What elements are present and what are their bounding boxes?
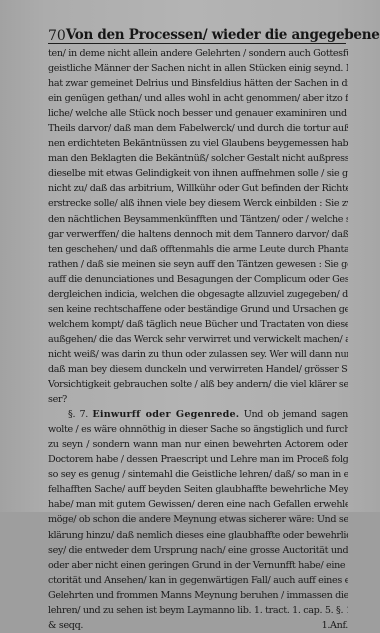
text-line: ten/ in deme nicht allein andere Gelehrt…	[48, 46, 348, 61]
text-line: außgehen/ die das Werck sehr verwirret u…	[48, 332, 348, 347]
text-line: wolte / es wäre ohnnöthig in dieser Sach…	[48, 422, 348, 437]
text-line: gar verwerffen/ die haltens dennoch mit …	[48, 227, 348, 242]
section-heading: Einwurff oder Gegenrede.	[92, 409, 239, 420]
text-line: dieselbe mit etwas Gelindigkeit von ihne…	[48, 166, 348, 181]
text-line: nen erdichteten Bekäntnüssen zu viel Gla…	[48, 136, 348, 151]
text-line: Theils darvor/ daß man dem Fabelwerck/ u…	[48, 121, 348, 136]
section-first-text: Und ob jemand sagen	[244, 409, 348, 420]
text-line: ser?	[48, 392, 348, 407]
text-line: rathen / daß sie meinen sie seyn auff de…	[48, 257, 348, 272]
body-text: ten/ in deme nicht allein andere Gelehrt…	[48, 46, 348, 512]
page-number: 70	[48, 29, 66, 43]
running-head: Von den Processen/ wieder die angegebene	[66, 28, 380, 43]
section-heading-line: §. 7. Einwurff oder Gegenrede. Und ob je…	[48, 407, 348, 422]
text-line: erstrecke solle/ alß ihnen viele bey die…	[48, 196, 348, 211]
book-page: 70 Von den Processen/ wieder die angegeb…	[0, 0, 380, 512]
text-line: Vorsichtigkeit gebrauchen solte / alß be…	[48, 377, 348, 392]
text-line: sen keine rechtschaffene oder beständige…	[48, 302, 348, 317]
text-line: auff die denunciationes und Besagungen d…	[48, 272, 348, 287]
text-line: geistliche Männer der Sachen nicht in al…	[48, 61, 348, 76]
text-line: man den Beklagten die Bekäntnüß/ solcher…	[48, 151, 348, 166]
text-line: ten geschehen/ und daß offtenmahls die a…	[48, 242, 348, 257]
text-line: liche/ welche alle Stück noch besser und…	[48, 106, 348, 121]
text-line: felhafften Sache/ auff beyden Seiten gla…	[48, 482, 348, 497]
text-line: so sey es genug / sintemahl die Geistlic…	[48, 467, 348, 482]
text-line: den nächtlichen Beysammenkünfften und Tä…	[48, 212, 348, 227]
text-line: hat zwar gemeinet Delrius und Binsfeldiu…	[48, 76, 348, 91]
text-line: zu seyn / sondern wann man nur einen bew…	[48, 437, 348, 452]
text-line: nicht weiß/ was darin zu thun oder zulas…	[48, 347, 348, 362]
section-number: §. 7.	[68, 409, 88, 420]
text-line: nicht zu/ daß das arbitrium, Willkühr od…	[48, 181, 348, 196]
text-line: daß man bey diesem dunckeln und verwirre…	[48, 362, 348, 377]
text-line: habe/ man mit gutem Gewissen/ deren eine…	[48, 497, 348, 512]
text-line: dergleichen indicia, welchen die obgesag…	[48, 287, 348, 302]
text-line: welchem kompt/ daß täglich neue Bücher u…	[48, 317, 348, 332]
page-header: 70 Von den Processen/ wieder die angegeb…	[48, 27, 346, 44]
text-line: ein genügen gethan/ und alles wohl in ac…	[48, 91, 348, 106]
text-line: Doctorem habe / dessen Praescript und Le…	[48, 452, 348, 467]
